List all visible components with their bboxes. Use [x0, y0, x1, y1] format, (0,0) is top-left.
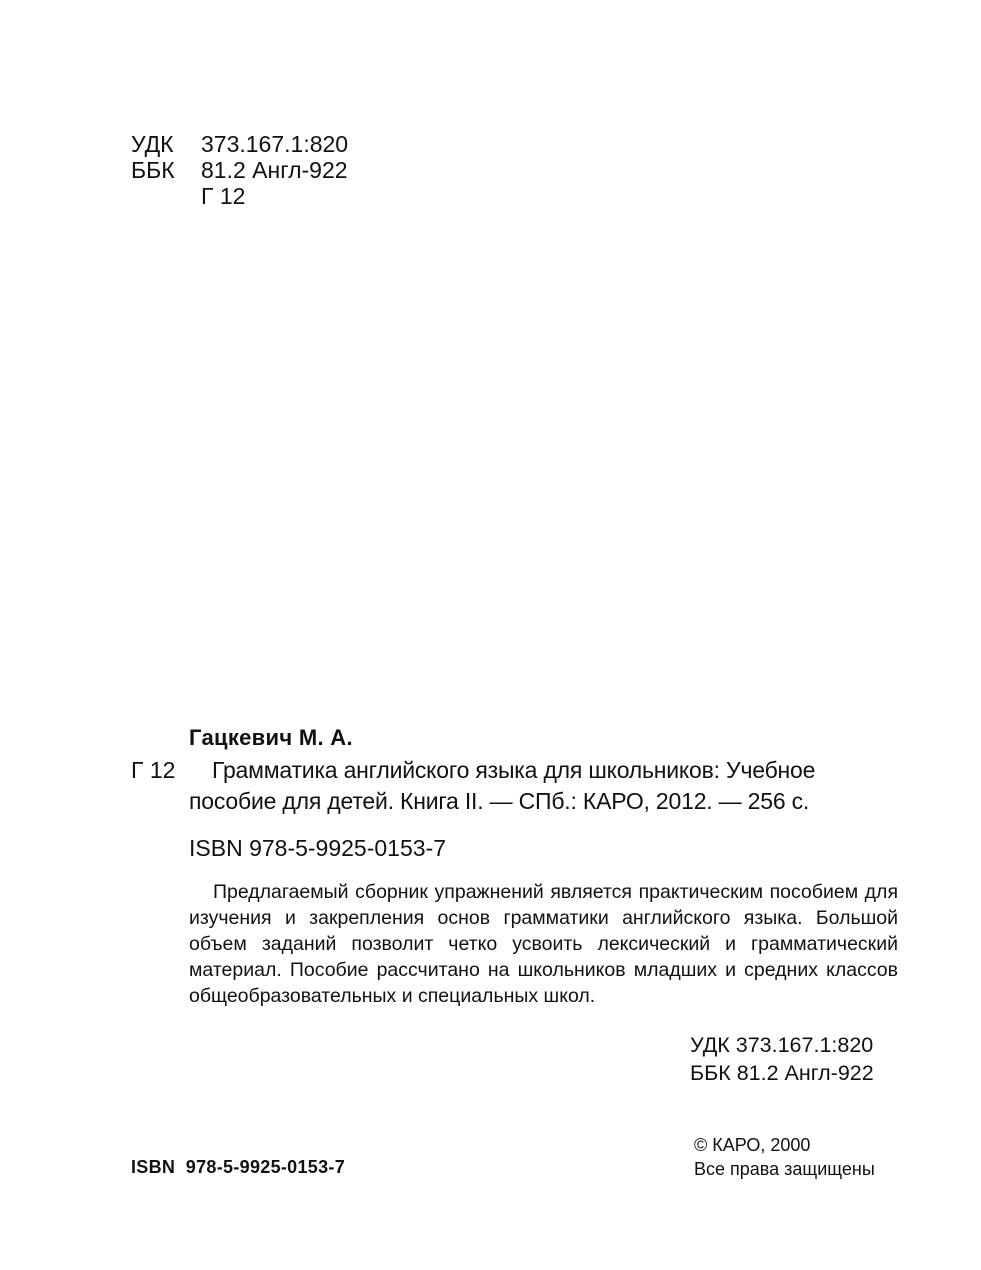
author-code-row: Г 12: [131, 183, 348, 209]
author-name: Гацкевич М. А.: [189, 725, 353, 751]
title-line-2: пособие для детей. Книга II. — СПб.: КАР…: [189, 788, 809, 815]
udk-label: УДК: [131, 131, 201, 157]
udk-bottom: УДК 373.167.1:820: [690, 1031, 874, 1059]
entry-isbn: ISBN 978-5-9925-0153-7: [189, 835, 446, 862]
udk-row: УДК 373.167.1:820: [131, 131, 348, 157]
title-line-1: Грамматика английского языка для школьни…: [212, 757, 815, 784]
footer-isbn: ISBN 978-5-9925-0153-7: [131, 1157, 345, 1178]
bbk-value: 81.2 Англ-922: [201, 157, 348, 183]
classification-top: УДК 373.167.1:820 ББК 81.2 Англ-922 Г 12: [131, 131, 348, 209]
bbk-row: ББК 81.2 Англ-922: [131, 157, 348, 183]
entry-author-code: Г 12: [131, 757, 175, 784]
copyright-block: © КАРО, 2000 Все права защищены: [694, 1133, 875, 1181]
abstract-paragraph: Предлагаемый сборник упражнений является…: [189, 879, 898, 1009]
rights-notice: Все права защищены: [694, 1157, 875, 1181]
bbk-label: ББК: [131, 157, 201, 183]
copyright-notice: © КАРО, 2000: [694, 1133, 875, 1157]
classification-bottom: УДК 373.167.1:820 ББК 81.2 Англ-922: [690, 1031, 874, 1087]
bbk-bottom: ББК 81.2 Англ-922: [690, 1059, 874, 1087]
author-code: Г 12: [201, 183, 245, 209]
udk-value: 373.167.1:820: [201, 131, 348, 157]
